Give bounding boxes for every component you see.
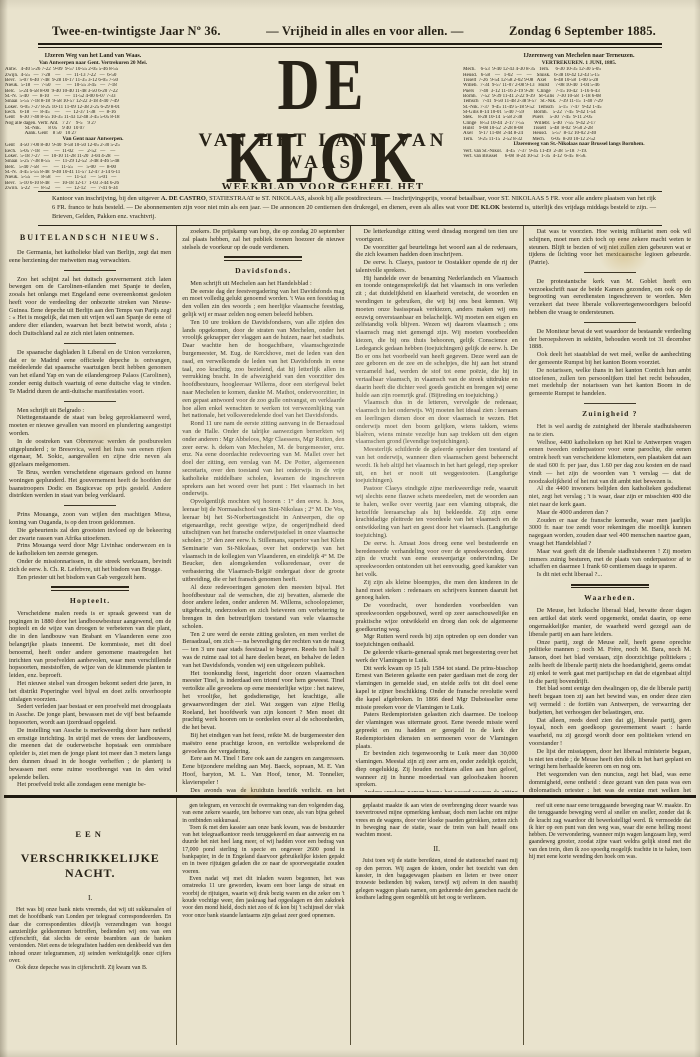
- item-separator: [64, 505, 116, 506]
- article-mouanga: Prins Mouanga, zoon van wijlen den macht…: [9, 511, 171, 581]
- paragraph: De Moniteur bevat de wet waardoor de bes…: [529, 328, 691, 351]
- paragraph: Er bevinden zich tegenwoordig te Luik me…: [356, 750, 518, 789]
- column-3: De letterkundige zitting werd dinsdag mo…: [350, 226, 523, 792]
- paragraph: Verscheidene malen reeds is er spraak ge…: [9, 610, 171, 680]
- article-zuinigheid: Het is wel aardig de zuinigheid der libe…: [529, 423, 691, 579]
- paragraph: Die gebeurtenis zal den grootsten invloe…: [9, 527, 171, 543]
- timetable-rows: Antw. 4-40 5-26 7-22 9-09 9-57 10-55 2-0…: [5, 67, 181, 136]
- paragraph: Het wegzenden van den nuncius, zegt het …: [529, 771, 691, 792]
- article-germania: De Germania, het katholieke blad van Ber…: [9, 249, 171, 265]
- ornament-separator: [571, 584, 649, 589]
- article-spanje: De spaansche dagbladen li Liberal en de …: [9, 349, 171, 396]
- paragraph: Andere sprekers namen hierna het woord w…: [356, 789, 518, 792]
- paragraph: Mgr Rutten werd reeds bij zijn optreden …: [356, 633, 518, 649]
- paragraph: De eerw. h. Amaat Joos droeg eene wel be…: [356, 540, 518, 579]
- timetable-row: Vert. van Brussel 6-08 8-24 10-52 1-35 4…: [463, 154, 695, 159]
- paragraph: Al deze redevoeringen genoten den meeste…: [182, 584, 344, 631]
- feuilleton-text: geplaatst maakte ik aan wien de overbren…: [356, 803, 518, 840]
- newspaper-title: DE KLOK: [180, 51, 466, 131]
- paragraph: Toen ik met den kassier aan onze bank kw…: [182, 825, 344, 876]
- paragraph: Sedert verleden jaar bestaat er een proe…: [9, 703, 171, 726]
- top-header: Twee-en-twintigste Jaar Nº 36. — Vrijhei…: [52, 24, 656, 39]
- feuilleton-col-4: reef uit eene naar eene teruggaande bewe…: [523, 798, 696, 1045]
- item-separator: [64, 343, 116, 344]
- paragraph: Even nadat wij met dit inladen waren beg…: [182, 876, 344, 920]
- paragraph: De instelling van Assche is merkweerdig …: [9, 727, 171, 782]
- timetable-note-rows: Vert. van St.-Nikol. 4-45 7-37 9-45 11-4…: [463, 149, 695, 160]
- paragraph: Niettegenstaande de staat van beleg gepr…: [9, 414, 171, 437]
- paragraph: Dit werk kwam op 15 juli 1584 tot stand.…: [356, 665, 518, 712]
- item-separator: [584, 403, 636, 404]
- feuilleton-col-2: gen telegram, en verzocht de overmaking …: [176, 798, 349, 1045]
- section-heading-zuinigheid: Zuinigheid ?: [529, 409, 691, 418]
- section-heading-foreign-news: BUITELANDSCH NIEUWS.: [9, 233, 171, 242]
- item-separator: [64, 401, 116, 402]
- column-2: zoekers. De prijskamp van hop, die op zo…: [176, 226, 349, 792]
- paragraph: Welhoe, 4400 katholieken op het Kiel te …: [529, 439, 691, 486]
- masthead: DE KLOK VAN HET LAND VAN WAAS. WEEKBLAD …: [183, 51, 463, 189]
- paragraph: Vlaamsch dus in de letteren, vervolgde d…: [356, 399, 518, 446]
- paragraph: Prins Mouanga, zoon van wijlen den macht…: [9, 511, 171, 527]
- article-zitting: De letterkundige zitting werd dinsdag mo…: [356, 228, 518, 792]
- article-goblet: De protestantsche kerk van M. Goblet hee…: [529, 278, 691, 317]
- feuilleton-text: gen telegram, en verzocht de overmaking …: [182, 803, 344, 920]
- item-separator: [584, 272, 636, 273]
- chapter-number: I.: [9, 893, 171, 902]
- column-4: Dat was te voorzien. Hoe weinig militari…: [523, 226, 696, 792]
- feuilleton-title: VERSCHRIKKELIJKE NACHT.: [9, 851, 171, 881]
- paragraph: In de oostreken van Obrenovac werden de …: [9, 438, 171, 469]
- section-heading-davidsfonds: Davidsfonds.: [182, 266, 344, 275]
- section-heading-hopteelt: Hopteelt.: [9, 596, 171, 605]
- newspaper-page: Twee-en-twintigste Jaar Nº 36. — Vrijhei…: [0, 0, 700, 1045]
- paragraph: gen telegram, en verzocht de overmaking …: [182, 803, 344, 825]
- issue-number: Twee-en-twintigste Jaar Nº 36.: [52, 24, 221, 39]
- paragraph: Opvolgentlijk mochten wij hooren : 1° de…: [182, 498, 344, 584]
- paragraph: De Germania, het katholieke blad van Ber…: [9, 249, 171, 265]
- paragraph: Te Brus, werden verscheidene eigenaars g…: [9, 469, 171, 500]
- paragraph: Rond 11 ure nam de eerste zitting aanvan…: [182, 420, 344, 498]
- paragraph: Ten 10 ure trokken de Davidsfondsers, va…: [182, 319, 344, 420]
- paragraph: reef uit eene naar eene teruggaande bewe…: [529, 803, 691, 862]
- paragraph: Juist toen wij de statie bereikten, ston…: [356, 858, 518, 902]
- timetable-row: Zwijn. 5-22 — 8-52 — — 12-12 — 7-41 6-34: [5, 186, 181, 189]
- paragraph: Het proefveld trekt alle zondagen eene m…: [9, 781, 171, 789]
- item-separator: [64, 270, 116, 271]
- feuilleton-kicker: EEN: [9, 829, 171, 839]
- paragraph: Het was bij onze bank niets vreemds, dat…: [9, 907, 171, 966]
- paragraph: Onder de missionnarissen, in die streek …: [9, 558, 171, 574]
- publisher-name: A. DE CASTRO: [161, 195, 206, 202]
- item-separator: [584, 322, 636, 323]
- paragraph: Zouden er naar de fransche komedie, waar…: [529, 517, 691, 548]
- issue-date: Zondag 6 September 1885.: [509, 24, 656, 39]
- paragraph: De protestantsche kerk van M. Goblet hee…: [529, 278, 691, 317]
- paragraph: Het toonkundig feest, ingericht door onz…: [182, 670, 344, 732]
- timetable-subtitle-2: Van Gent naar Antwerpen.: [5, 137, 181, 143]
- timetable-subtitle: Van Antwerpen naar Gent. Vertrekuren 20 …: [5, 61, 181, 67]
- paragraph: De eerw. h. Claeys, pastoor te Oostakker…: [356, 259, 518, 275]
- article-belgrado: Men schrijft uit Belgrado :Niettegenstaa…: [9, 407, 171, 501]
- paragraph: De Meuse, het luiksche liberaal blad, be…: [529, 607, 691, 638]
- newspaper-motto: — Vrijheid in alles en voor allen. —: [266, 24, 463, 39]
- paragraph: geplaatst maakte ik aan wien de overbren…: [356, 803, 518, 840]
- paragraph: Al die 4400 inwoners belijden den kathol…: [529, 485, 691, 508]
- paragraph: Hij handelde over de benaming Nederlands…: [356, 275, 518, 400]
- paragraph: De letterkundige zitting werd dinsdag mo…: [356, 228, 518, 244]
- ornament-separator: [224, 256, 302, 261]
- paragraph: De eerste dag der feestvergadering van h…: [182, 288, 344, 319]
- feuilleton-col-3: geplaatst maakte ik aan wien de overbren…: [350, 798, 523, 1045]
- chapter-number: II.: [356, 844, 518, 853]
- timetable-title: IJzeren Weg van het Land van Waas.: [5, 53, 181, 60]
- imprint-text: Kantoor van inschrijving, bij den uitgev…: [52, 195, 161, 202]
- paragraph: De spaansche dagbladen li Liberal en de …: [9, 349, 171, 396]
- feuilleton-text: Het was bij onze bank niets vreemds, dat…: [9, 907, 171, 973]
- feuilleton-text: Juist toen wij de statie bereikten, ston…: [356, 858, 518, 902]
- paragraph: Onze partij, zegt de Meuse zelf, heeft g…: [529, 639, 691, 686]
- header-rule: [38, 43, 662, 48]
- article-patrie: Dat was te voorzien. Hoe weinig militari…: [529, 228, 691, 267]
- column-1: BUITELANDSCH NIEUWS. De Germania, het ka…: [4, 226, 176, 792]
- section-heading-waarheden: Waarheden.: [529, 593, 691, 602]
- timetable-waas: IJzeren Weg van het Land van Waas. Van A…: [0, 51, 183, 189]
- article-davidsfonds: Men schrijft uit Mechelen aan het Handel…: [182, 280, 344, 792]
- paragraph: Zij zijn als kleine bloempjes, die men d…: [356, 579, 518, 602]
- imprint-notice: Kantoor van inschrijving, bij den uitgev…: [52, 195, 656, 222]
- timetable-rows-2: Gent 4-50 7-00 8-40 9-40 9-58 10-50 12-0…: [5, 143, 181, 189]
- paragraph: De notarissen, welke thans in het kanton…: [529, 367, 691, 398]
- paragraph: Een priester uit het bisdom van Gab verg…: [9, 574, 171, 582]
- news-columns: BUITELANDSCH NIEUWS. De Germania, het ka…: [4, 226, 696, 792]
- paragraph: Maar wat geeft dit de liberale stadhuish…: [529, 548, 691, 571]
- paragraph: Het is wel aardig de zuinigheid der libe…: [529, 423, 691, 439]
- paragraph: Des avonds was de kruidtuin heerlijk ver…: [182, 787, 344, 792]
- paragraph: Pastoor Claeys eindigde zijne merkweerdi…: [356, 485, 518, 540]
- masthead-row: IJzeren Weg van het Land van Waas. Van A…: [0, 51, 700, 189]
- paragraph: Paters Redemptoristen gelastten zich daa…: [356, 711, 518, 750]
- paragraph: Ook deelt het staatsblad de wet meê, wel…: [529, 351, 691, 367]
- article-hopteelt: Verscheidene malen reeds is er spraak ge…: [9, 610, 171, 789]
- brand-name: DE KLOK: [470, 204, 500, 211]
- paragraph: Ten 2 ure werd de eerste zitting geslote…: [182, 631, 344, 670]
- paragraph: Dat was te voorzien. Hoe weinig militari…: [529, 228, 691, 267]
- paragraph: De lijst der misstappen, door het libera…: [529, 748, 691, 771]
- feuilleton-col-1: EEN VERSCHRIKKELIJKE NACHT. I. Het was b…: [4, 798, 176, 1045]
- article-moniteur: De Moniteur bevat de wet waardoor de bes…: [529, 328, 691, 398]
- ornament-separator: [51, 586, 129, 591]
- paragraph: De voorzitter gaf beurtelings het woord …: [356, 244, 518, 260]
- paragraph: Dat alleen, reeds deed zien dat gij, lib…: [529, 717, 691, 748]
- paragraph: De voordracht, over honderden voorbeelde…: [356, 602, 518, 633]
- timetable-rows: Mech. 6-53 9-40 12-43 4-30 8-35 Tern. 6-…: [463, 67, 695, 142]
- paragraph: Men schrijft uit Mechelen aan het Handel…: [182, 280, 344, 288]
- paragraph: Ook deze depeche was in cijferschrift. Z…: [9, 965, 171, 972]
- paragraph: Eere aan M. Tinel ! Eere ook aan de zang…: [182, 755, 344, 786]
- article-waarheden: De Meuse, het luiksche liberaal blad, be…: [529, 607, 691, 791]
- paragraph: Het nieuwe stelsel van droogen bekomt se…: [9, 680, 171, 703]
- paragraph: Men schrijft uit Belgrado :: [9, 407, 171, 415]
- feuilleton-text: reef uit eene naar eene teruggaande bewe…: [529, 803, 691, 862]
- timetable-mechelen: IJzerenweg van Mechelen naar Terneuzen. …: [463, 51, 700, 189]
- paragraph: Bij het eindigen van het feest, reikte M…: [182, 732, 344, 755]
- paragraph: zoekers. De prijskamp van hop, die op zo…: [182, 228, 344, 251]
- paragraph: Is dit niet echt liberaal ?...: [529, 571, 691, 579]
- paragraph: Maar de 4000 anderen dan ?: [529, 509, 691, 517]
- article-carolinen: Zoo het schijnt zal het duitsch gouverne…: [9, 276, 171, 338]
- paragraph: Het blad somt eenige den dwalingen op, d…: [529, 685, 691, 716]
- timetable-note-title: IJzerenweg van St.-Nikolaas naar Brussel…: [463, 142, 695, 148]
- divider-rule: [38, 191, 662, 192]
- feuilleton: EEN VERSCHRIKKELIJKE NACHT. I. Het was b…: [4, 798, 696, 1045]
- paragraph: Prins Mouanga werd door Mgr Livinhac ond…: [9, 542, 171, 558]
- paragraph: De geleerde vikaris-generaal sprak met b…: [356, 649, 518, 665]
- paragraph: Meesterlijk schilderde de geleerde sprek…: [356, 446, 518, 485]
- timetable-title: IJzerenweg van Mechelen naar Terneuzen.: [463, 53, 695, 60]
- article-continuation: zoekers. De prijskamp van hop, die op zo…: [182, 228, 344, 251]
- paragraph: Zoo het schijnt zal het duitsch gouverne…: [9, 276, 171, 338]
- timetable-subtitle: VERTREKUREN. 1 JUNI, 1885.: [463, 61, 695, 67]
